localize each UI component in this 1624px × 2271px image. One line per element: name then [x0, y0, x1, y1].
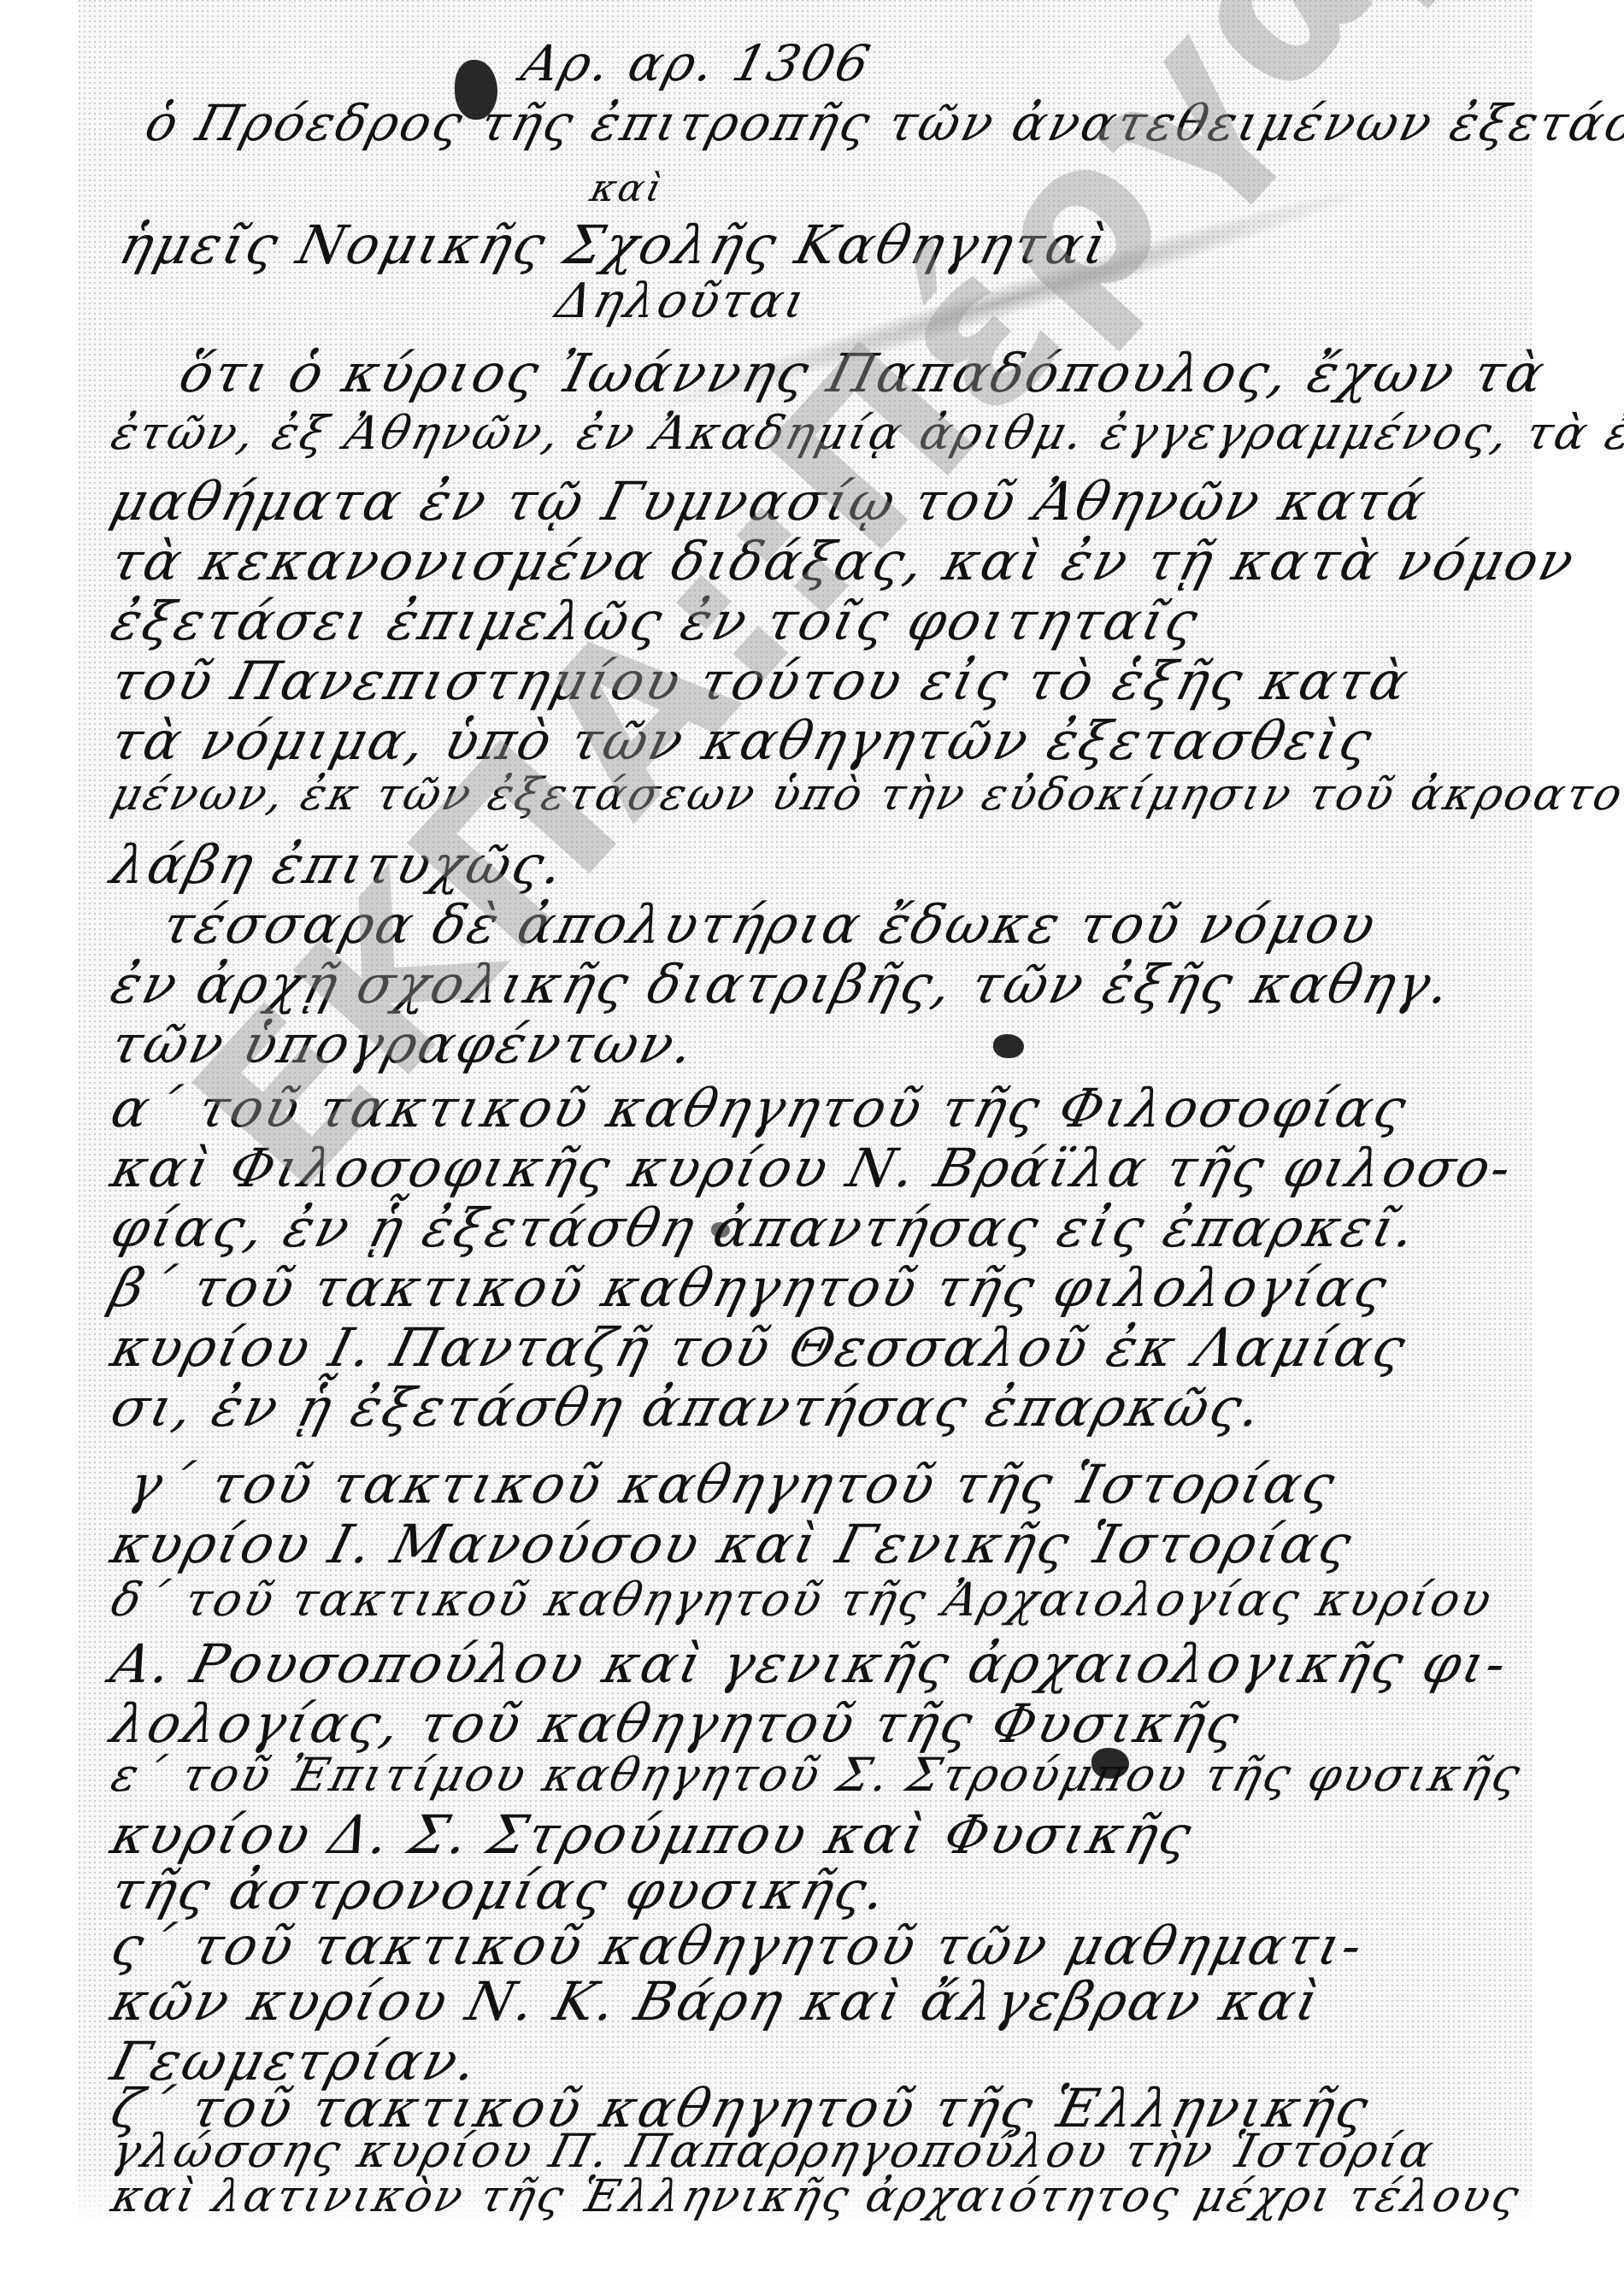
scanned-paper: Αρ. αρ. 1306 ὁ Πρόεδρος τῆς ἐπιτροπῆς τῶ…: [79, 0, 1532, 2222]
manuscript-line: ς΄ τοῦ τακτικοῦ καθηγητοῦ τῶν μαθηματι-: [105, 1915, 1371, 1977]
manuscript-line: α΄ τοῦ τακτικοῦ καθηγητοῦ τῆς Φιλοσοφίας: [105, 1077, 1415, 1139]
manuscript-line: ἐτῶν, ἐξ Ἀθηνῶν, ἐν Ἀκαδημίᾳ ἀριθμ. ἐγγε…: [106, 406, 1624, 460]
manuscript-line: καὶ: [586, 167, 670, 210]
manuscript-line: σι, ἐν ᾗ ἐξετάσθη ἀπαντήσας ἐπαρκῶς.: [105, 1376, 1270, 1438]
manuscript-line: ἐξετάσει ἐπιμελῶς ἐν τοῖς φοιτηταῖς: [105, 590, 1207, 652]
ink-blot: [711, 1222, 730, 1238]
manuscript-line: ἐν ἀρχῇ σχολικῆς διατριβῆς, τῶν ἐξῆς καθ…: [105, 953, 1459, 1015]
ink-blot: [993, 1034, 1024, 1058]
manuscript-line: τὰ κεκανονισμένα διδάξας, καὶ ἐν τῇ κατὰ…: [105, 530, 1583, 592]
manuscript-line: τέσσαρα δὲ ἀπολυτήρια ἔδωκε τοῦ νόμου: [156, 893, 1384, 956]
manuscript-line: ὁ Πρόεδρος τῆς ἐπιτροπῆς τῶν ἀνατεθειμέν…: [140, 94, 1624, 152]
manuscript-line: δ΄ τοῦ τακτικοῦ καθηγητοῦ τῆς Ἀρχαιολογί…: [106, 1573, 1499, 1627]
manuscript-line: λολογίας, τοῦ καθηγητοῦ τῆς Φυσικῆς: [105, 1692, 1248, 1755]
manuscript-line: ὅτι ὁ κύριος Ἰωάννης Παπαδόπουλος, ἔχων …: [174, 342, 1553, 404]
manuscript-line: μαθήματα ἐν τῷ Γυμνασίῳ τοῦ Ἀθηνῶν κατά: [105, 470, 1434, 532]
manuscript-line: κῶν κυρίου Ν. Κ. Βάρη καὶ ἄλγεβραν καὶ: [105, 1970, 1328, 2033]
ink-blot: [455, 60, 497, 120]
manuscript-line: κυρίου Ι. Πανταζῆ τοῦ Θεσσαλοῦ ἐκ Λαμίας: [105, 1316, 1414, 1379]
manuscript-line: γ΄ τοῦ τακτικοῦ καθηγητοῦ τῆς Ἱστορίας: [122, 1453, 1344, 1515]
manuscript-line: τοῦ Πανεπιστημίου τούτου εἰς τὸ ἑξῆς κατ…: [105, 650, 1417, 712]
heading: Δηλοῦται: [550, 274, 814, 329]
manuscript-line: ε΄ τοῦ Ἐπιτίμου καθηγητοῦ Σ. Στρούμπου τ…: [106, 1748, 1527, 1802]
header-annotation: Αρ. αρ. 1306: [516, 34, 879, 92]
manuscript-line: κυρίου Δ. Σ. Στρούμπου καὶ Φυσικῆς: [105, 1803, 1200, 1866]
handwritten-text-body: Αρ. αρ. 1306 ὁ Πρόεδρος τῆς ἐπιτροπῆς τῶ…: [79, 0, 1532, 2222]
ink-blot: [1091, 1748, 1129, 1779]
manuscript-line: τῶν ὑπογραφέντων.: [105, 1013, 703, 1075]
manuscript-line: τῆς ἀστρονομίας φυσικῆς.: [105, 1859, 895, 1921]
manuscript-line: φίας, ἐν ᾗ ἐξετάσθη ἀπαντήσας εἰς ἐπαρκε…: [105, 1197, 1424, 1259]
manuscript-line: Α. Ρουσοπούλου καὶ γενικῆς ἀρχαιολογικῆς…: [105, 1633, 1515, 1695]
manuscript-line: ἡμεῖς Νομικῆς Σχολῆς Καθηγηταὶ: [114, 214, 1116, 276]
manuscript-line: τὰ νόμιμα, ὑπὸ τῶν καθηγητῶν ἐξετασθεὶς: [105, 709, 1380, 772]
manuscript-line: β΄ τοῦ τακτικοῦ καθηγητοῦ τῆς φιλολογίας: [105, 1256, 1396, 1319]
manuscript-line: λάβη ἐπιτυχῶς.: [105, 833, 573, 896]
manuscript-line: κυρίου Ι. Μανούσου καὶ Γενικῆς Ἱστορίας: [105, 1513, 1360, 1575]
manuscript-line: μένων, ἐκ τῶν ἐξετάσεων ὑπὸ τὴν εὐδοκίμη…: [107, 769, 1624, 821]
manuscript-line: γλώσσης κυρίου Π. Παπαρρηγοπούλου τὴν Ἱσ…: [106, 2124, 1441, 2178]
manuscript-line: καὶ Φιλοσοφικῆς κυρίου Ν. Βράϊλα τῆς φιλ…: [105, 1137, 1520, 1199]
manuscript-line: καὶ λατινικὸν τῆς Ἑλληνικῆς ἀρχαιότητος …: [107, 2171, 1527, 2222]
